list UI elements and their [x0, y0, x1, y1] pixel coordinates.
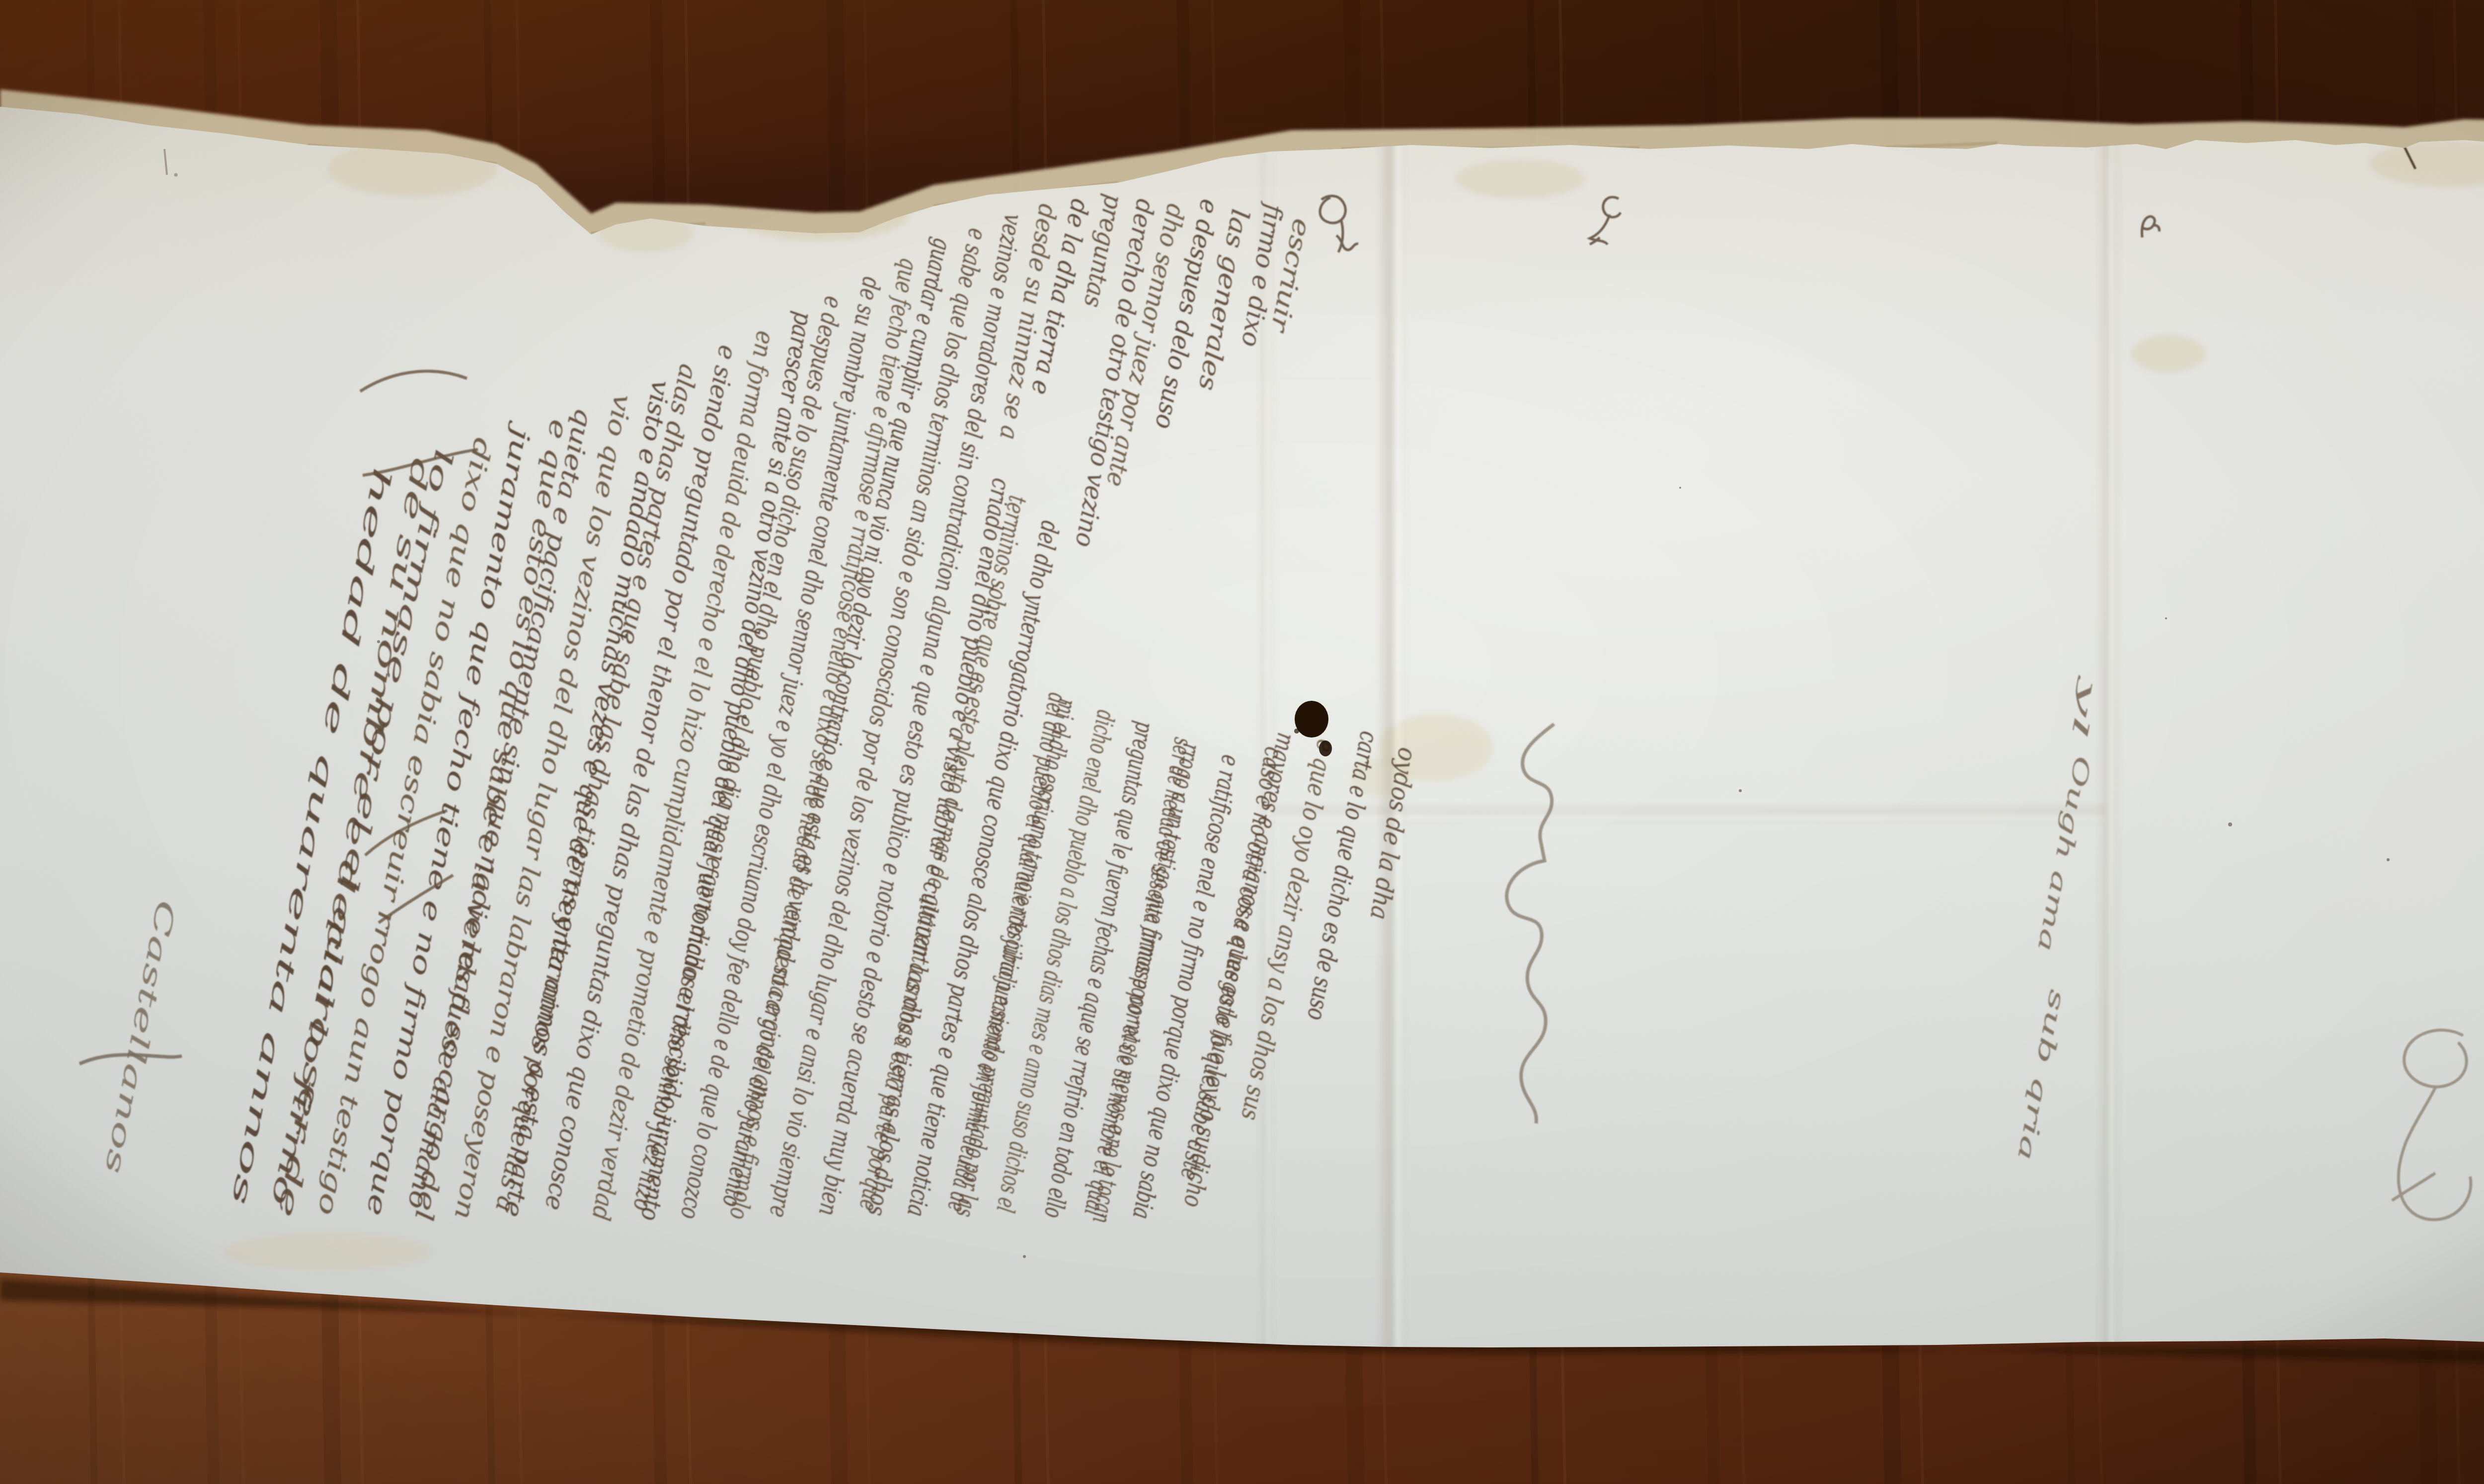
- manuscript-photo: oydos de la dhacarta e lo que dicho es d…: [0, 0, 2484, 1484]
- photo-vignette: [0, 0, 2484, 1484]
